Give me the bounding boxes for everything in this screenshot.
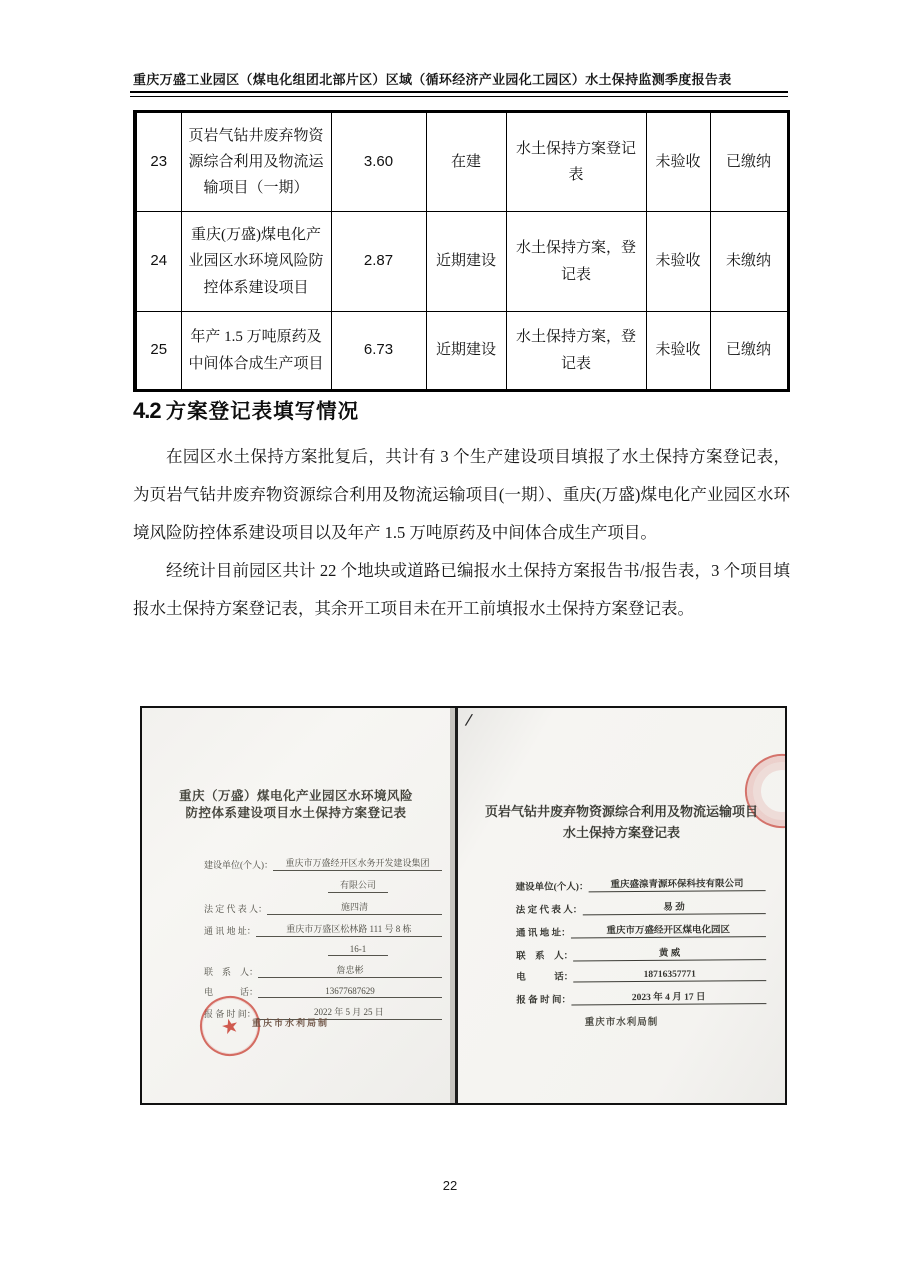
row-number: 24	[135, 212, 181, 312]
field-value: 重庆市万盛区松林路 111 号 8 栋	[256, 922, 442, 937]
paragraph: 在园区水土保持方案批复后，共计有 3 个生产建设项目填报了水土保持方案登记表，为…	[133, 438, 790, 552]
payment-status: 未缴纳	[710, 212, 788, 312]
section-title: 方案登记表填写情况	[166, 394, 360, 424]
pen-mark: /	[464, 710, 474, 733]
plan-form-type: 水土保持方案登记表	[506, 112, 646, 212]
form-field: 法 定 代 表 人： 易 劲	[516, 898, 766, 916]
form-field: 电 话： 13677687629	[204, 985, 442, 998]
form-field: 通 讯 地 址： 重庆市万盛区松林路 111 号 8 栋	[204, 922, 442, 937]
form-field: 报 备 时 间： 2023 年 4 月 17 日	[516, 988, 766, 1006]
form-field: 有限公司	[204, 878, 442, 893]
row-number: 25	[135, 312, 181, 391]
form-field: 建设单位(个人)： 重庆市万盛经开区水务开发建设集团	[204, 856, 442, 871]
table-row: 25 年产 1.5 万吨原药及中间体合成生产项目 6.73 近期建设 水土保持方…	[135, 312, 788, 391]
project-area: 6.73	[331, 312, 426, 391]
scan-title-line: 页岩气钻井废弃物资源综合利用及物流运输项目	[458, 801, 785, 822]
projects-table: 23 页岩气钻井废弃物资源综合利用及物流运输项目（一期） 3.60 在建 水土保…	[133, 110, 790, 392]
field-value: 16-1	[328, 944, 388, 956]
star-icon: ★	[218, 1012, 241, 1041]
payment-status: 已缴纳	[710, 312, 788, 391]
header-rule	[130, 91, 788, 97]
page-number: 22	[0, 1178, 900, 1193]
table-row: 23 页岩气钻井废弃物资源综合利用及物流运输项目（一期） 3.60 在建 水土保…	[135, 112, 788, 212]
issuing-authority-label: 重庆市水利局制	[252, 1016, 329, 1029]
field-value: 黄 威	[573, 944, 766, 961]
project-status: 近期建设	[426, 212, 506, 312]
field-label: 建设单位(个人)：	[204, 858, 273, 871]
project-status: 在建	[426, 112, 506, 212]
table-row: 24 重庆(万盛)煤电化产业园区水环境风险防 控体系建设项目 2.87 近期建设…	[135, 212, 788, 312]
body-text: 在园区水土保持方案批复后，共计有 3 个生产建设项目填报了水土保持方案登记表，为…	[133, 438, 790, 628]
field-label: 通 讯 地 址：	[516, 924, 571, 938]
field-label: 法 定 代 表 人：	[516, 901, 583, 915]
project-name: 重庆(万盛)煤电化产业园区水环境风险防 控体系建设项目	[181, 212, 331, 312]
field-value: 重庆市万盛经开区煤电化园区	[570, 921, 765, 938]
form-field: 法 定 代 表 人： 施四清	[204, 900, 442, 915]
form-field: 联 系 人： 詹忠彬	[204, 963, 442, 978]
scan-title-line: 水土保持方案登记表	[458, 822, 785, 843]
field-value: 重庆市万盛经开区水务开发建设集团	[273, 856, 442, 871]
field-label: 联 系 人：	[204, 965, 258, 978]
field-value: 2023 年 4 月 17 日	[571, 988, 766, 1005]
field-value: 有限公司	[328, 878, 388, 893]
project-area: 2.87	[331, 212, 426, 312]
acceptance-status: 未验收	[646, 212, 710, 312]
field-value: 18716357771	[573, 969, 766, 982]
field-value: 施四清	[267, 900, 442, 915]
row-number: 23	[135, 112, 181, 212]
acceptance-status: 未验收	[646, 312, 710, 391]
scan-right-registration-form: / 页岩气钻井废弃物资源综合利用及物流运输项目 水土保持方案登记表 建设单位(个…	[458, 708, 785, 1103]
plan-form-type: 水土保持方案，登记表	[506, 312, 646, 391]
field-label: 通 讯 地 址：	[204, 924, 256, 937]
scan-form-title: 重庆（万盛）煤电化产业园区水环境风险 防控体系建设项目水土保持方案登记表	[142, 788, 450, 822]
report-page: 重庆万盛工业园区（煤电化组团北部片区）区域（循环经济产业园化工园区）水土保持监测…	[0, 0, 900, 1273]
acceptance-status: 未验收	[646, 112, 710, 212]
field-value: 13677687629	[258, 986, 442, 998]
scan-left-registration-form: 重庆（万盛）煤电化产业园区水环境风险 防控体系建设项目水土保持方案登记表 建设单…	[142, 708, 455, 1103]
payment-status: 已缴纳	[710, 112, 788, 212]
form-field: 16-1	[204, 944, 442, 956]
field-label: 建设单位(个人)：	[516, 878, 589, 893]
project-name: 年产 1.5 万吨原药及中间体合成生产项目	[181, 312, 331, 391]
field-label: 电 话：	[516, 968, 573, 982]
project-name: 页岩气钻井废弃物资源综合利用及物流运输项目（一期）	[181, 112, 331, 212]
form-field: 通 讯 地 址： 重庆市万盛经开区煤电化园区	[516, 921, 766, 939]
section-heading: 4.2 方案登记表填写情况	[133, 394, 359, 424]
scan-form-title: 页岩气钻井废弃物资源综合利用及物流运输项目 水土保持方案登记表	[458, 801, 785, 843]
paragraph: 经统计目前园区共计 22 个地块或道路已编报水土保持方案报告书/报告表，3 个项…	[133, 552, 790, 628]
form-field: 联 系 人： 黄 威	[516, 944, 766, 962]
running-header: 重庆万盛工业园区（煤电化组团北部片区）区域（循环经济产业园化工园区）水土保持监测…	[133, 69, 789, 88]
scan-title-line: 重庆（万盛）煤电化产业园区水环境风险	[142, 788, 450, 805]
project-status: 近期建设	[426, 312, 506, 391]
scan-title-line: 防控体系建设项目水土保持方案登记表	[142, 805, 450, 822]
plan-form-type: 水土保持方案，登记表	[506, 212, 646, 312]
scanned-forms-figure: 重庆（万盛）煤电化产业园区水环境风险 防控体系建设项目水土保持方案登记表 建设单…	[140, 706, 787, 1105]
field-value: 詹忠彬	[258, 963, 442, 978]
field-value: 重庆盛湶青源环保科技有限公司	[588, 875, 765, 892]
field-label: 报 备 时 间：	[516, 991, 571, 1005]
field-value: 易 劲	[582, 898, 766, 915]
field-label: 法 定 代 表 人：	[204, 902, 267, 915]
section-number: 4.2	[133, 398, 161, 424]
scan-form-fields: 建设单位(个人)： 重庆盛湶青源环保科技有限公司 法 定 代 表 人： 易 劲 …	[516, 875, 767, 1013]
field-label: 联 系 人：	[516, 947, 573, 961]
form-field: 建设单位(个人)： 重庆盛湶青源环保科技有限公司	[516, 875, 766, 893]
form-field: 电 话： 18716357771	[516, 967, 766, 983]
issuing-authority-label: 重庆市水利局制	[458, 1014, 785, 1028]
project-area: 3.60	[331, 112, 426, 212]
